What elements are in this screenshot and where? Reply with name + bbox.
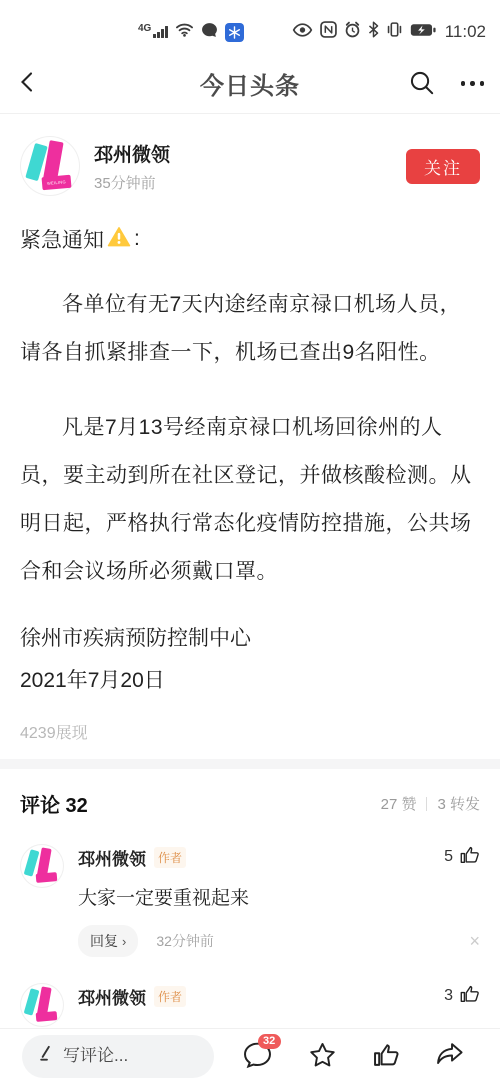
alarm-icon (344, 21, 361, 43)
comment-like-count: 3 (444, 987, 453, 1005)
author-badge: 作者 (154, 986, 186, 1007)
comment-input[interactable] (63, 1046, 173, 1066)
bottom-action-bar: 32 (0, 1028, 500, 1083)
share-button[interactable] (435, 1041, 465, 1071)
meta-separator (426, 797, 427, 811)
reposts-count[interactable]: 3 转发 (437, 793, 480, 814)
more-button[interactable] (461, 81, 485, 86)
comment-text: 大家一定要重视起来 (78, 883, 480, 910)
comment-item-2: 邳州微领 作者 3 (20, 983, 480, 1027)
author-badge: 作者 (154, 847, 186, 868)
star-icon (308, 1041, 337, 1072)
more-icon (461, 81, 485, 86)
status-right-cluster: 11:02 (292, 21, 486, 43)
comments-button[interactable]: 32 (242, 1041, 273, 1072)
comment-count-badge: 32 (258, 1034, 281, 1049)
impressions-count: 4239展现 (20, 720, 480, 743)
wifi-icon (175, 22, 194, 42)
warning-icon (107, 226, 131, 253)
comment-like-button[interactable]: 5 (444, 844, 480, 870)
post-paragraph-1: 各单位有无7天内途经南京禄口机场人员，请各自抓紧排查一下，机场已查出9名阳性。 (20, 281, 480, 377)
post-date: 2021年7月20日 (20, 660, 480, 702)
comment-input-pill[interactable] (22, 1035, 214, 1078)
thumbs-up-icon (459, 983, 480, 1009)
favorite-button[interactable] (308, 1041, 337, 1072)
back-button[interactable] (16, 70, 40, 97)
search-icon (408, 69, 435, 99)
battery-charging-icon (410, 23, 436, 42)
like-button[interactable] (372, 1041, 400, 1071)
post-headline: 紧急通知 : (20, 224, 480, 254)
thumbs-up-icon (459, 844, 480, 870)
headline-text: 紧急通知 (20, 224, 104, 254)
likes-count[interactable]: 27 赞 (381, 793, 417, 814)
close-icon[interactable]: × (469, 932, 480, 950)
author-avatar[interactable]: WEILING (20, 136, 80, 196)
network-type-label: 4G (138, 23, 151, 34)
post-time: 35分钟前 (94, 172, 170, 193)
author-name[interactable]: 邳州微领 (94, 140, 170, 167)
post-header: WEILING 邳州微领 35分钟前 关注 (20, 136, 480, 196)
weiling-logo-foot (35, 872, 57, 883)
reply-button[interactable]: 回复 › (78, 925, 138, 957)
comments-title: 评论 32 (20, 789, 88, 818)
commenter-name[interactable]: 邳州微领 (78, 984, 146, 1009)
post-signature: 徐州市疾病预防控制中心 (20, 618, 480, 660)
reply-label: 回复 (90, 931, 118, 951)
follow-button[interactable]: 关注 (406, 149, 480, 184)
weiling-logo-text: WEILING (46, 179, 65, 186)
eye-icon (292, 23, 313, 42)
message-bubble-icon (201, 22, 218, 43)
chevron-right-icon: › (122, 934, 126, 949)
back-chevron-icon (16, 70, 40, 97)
weiling-logo-foot: WEILING (41, 174, 71, 189)
snowflake-app-icon (225, 23, 244, 42)
commenter-avatar[interactable] (20, 983, 64, 1027)
vibrate-icon (386, 21, 403, 43)
thumbs-up-icon (372, 1041, 400, 1071)
comment-like-count: 5 (444, 848, 453, 866)
section-divider (0, 759, 500, 769)
bluetooth-icon (368, 21, 379, 43)
share-arrow-icon (435, 1041, 465, 1071)
comment-item-1: 邳州微领 作者 5 大家一定要重视起来 回复 › 32分钟前 (20, 844, 480, 957)
page-title: 今日头条 (200, 66, 300, 101)
post-paragraph-2: 凡是7月13号经南京禄口机场回徐州的人员，要主动到所在社区登记，并做核酸检测。从… (20, 404, 480, 596)
signal-icon: 4G (138, 26, 168, 38)
headline-colon: : (134, 227, 140, 251)
status-left-cluster: 4G (138, 22, 244, 43)
pen-icon (36, 1044, 55, 1068)
commenter-name[interactable]: 邳州微领 (78, 845, 146, 870)
search-button[interactable] (408, 69, 435, 99)
status-bar: 4G (0, 0, 500, 54)
nav-bar: 今日头条 (0, 54, 500, 114)
clock-time: 11:02 (445, 22, 486, 42)
weiling-logo-foot (35, 1011, 57, 1022)
app-screen: 4G (0, 0, 500, 1083)
comment-time: 32分钟前 (156, 931, 214, 951)
nfc-icon (320, 21, 337, 43)
comments-header: 评论 32 27 赞 3 转发 (20, 789, 480, 818)
commenter-avatar[interactable] (20, 844, 64, 888)
comment-like-button[interactable]: 3 (444, 983, 480, 1009)
